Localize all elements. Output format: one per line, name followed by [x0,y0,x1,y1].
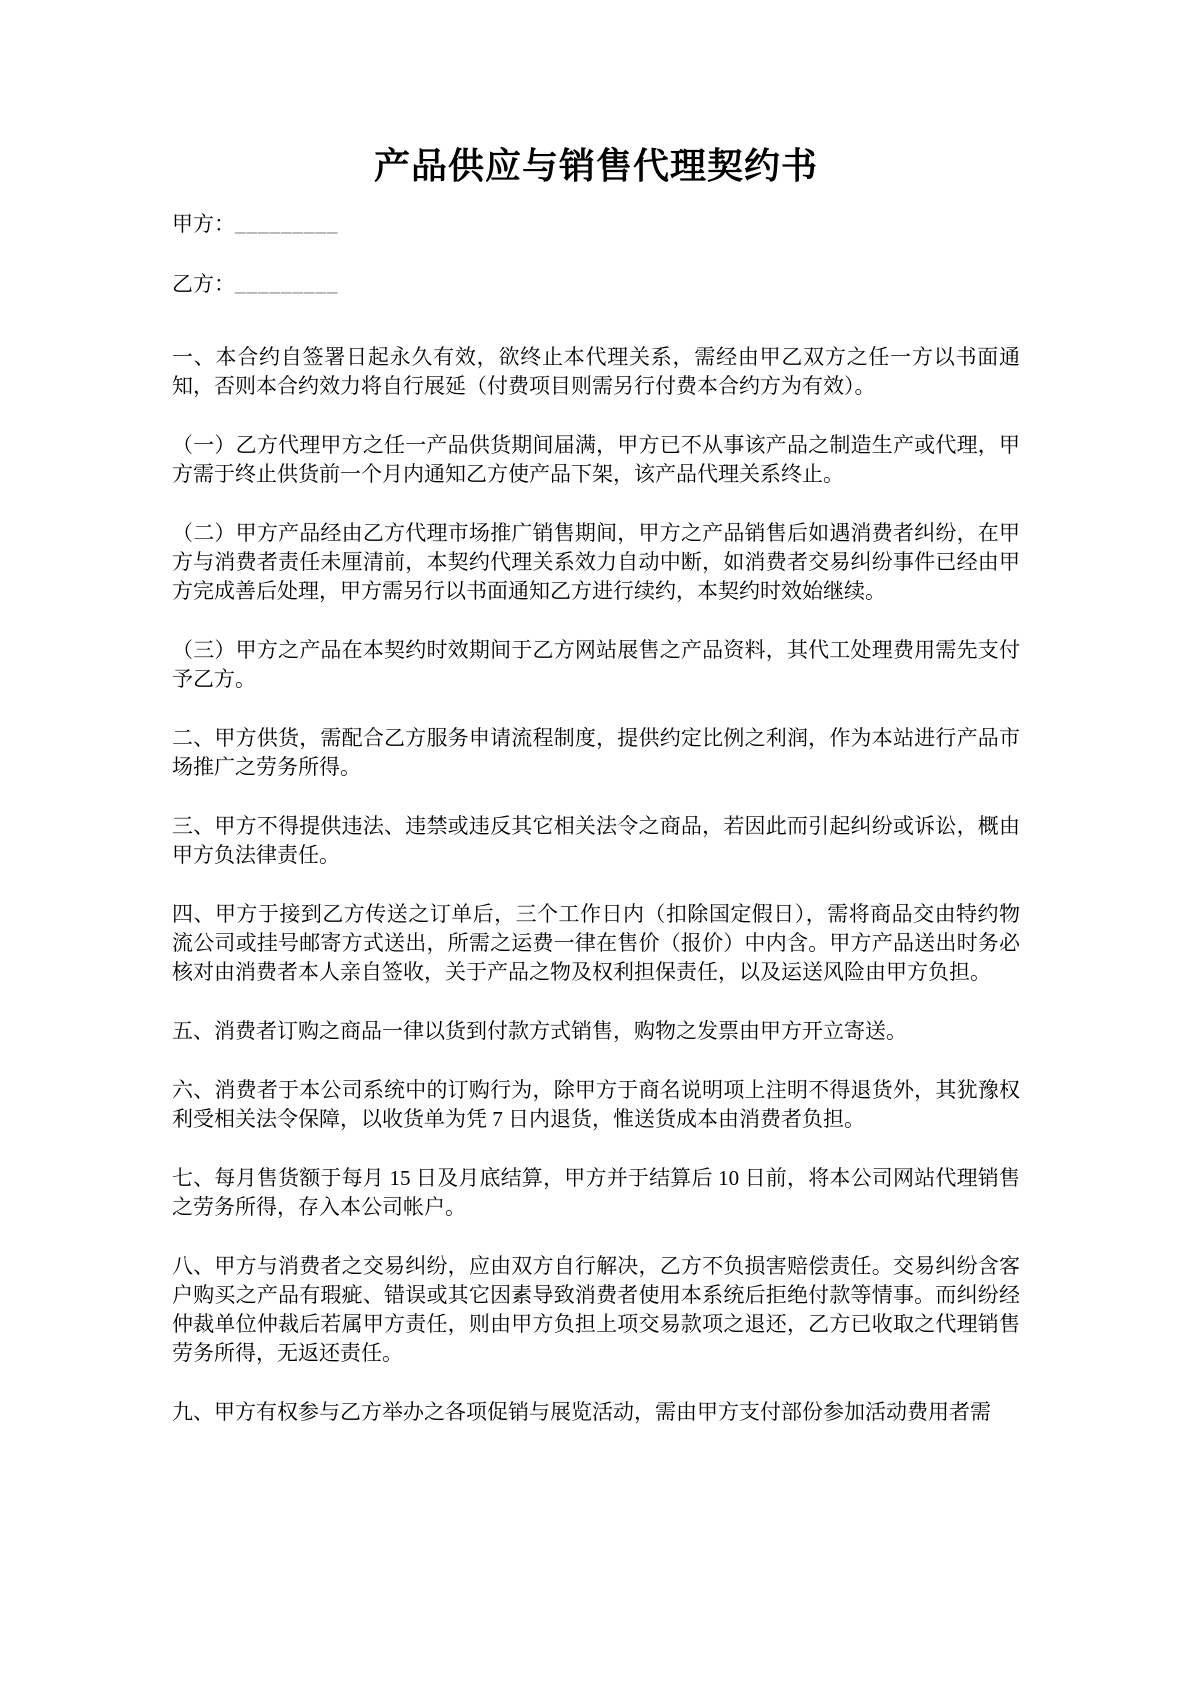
contract-document-page: 产品供应与销售代理契约书 甲方：_________ 乙方：_________ 一… [0,0,1190,1683]
clause-1-s1: （一）乙方代理甲方之任一产品供货期间届满，甲方已不从事该产品之制造生产或代理，甲… [172,431,1020,489]
document-title: 产品供应与销售代理契约书 [172,142,1020,190]
party-b-line: 乙方：_________ [172,270,1020,299]
clause-4: 四、甲方于接到乙方传送之订单后，三个工作日内（扣除国定假日），需将商品交由特约物… [172,900,1020,987]
clause-1-s3: （三）甲方之产品在本契约时效期间于乙方网站展售之产品资料，其代工处理费用需先支付… [172,636,1020,694]
party-b-blank: _________ [235,272,339,296]
clause-8: 八、甲方与消费者之交易纠纷，应由双方自行解决，乙方不负损害赔偿责任。交易纠纷含客… [172,1252,1020,1368]
clause-6: 六、消费者于本公司系统中的订购行为，除甲方于商名说明项上注明不得退货外，其犹豫权… [172,1076,1020,1134]
party-a-blank: _________ [235,212,339,236]
party-b-label: 乙方： [172,272,235,296]
clause-5: 五、消费者订购之商品一律以货到付款方式销售，购物之发票由甲方开立寄送。 [172,1017,1020,1046]
contract-clauses: 一、本合约自签署日起永久有效，欲终止本代理关系，需经由甲乙双方之任一方以书面通知… [172,343,1020,1427]
party-a-line: 甲方：_________ [172,210,1020,239]
clause-1: 一、本合约自签署日起永久有效，欲终止本代理关系，需经由甲乙双方之任一方以书面通知… [172,343,1020,401]
party-a-label: 甲方： [172,212,235,236]
clause-7: 七、每月售货额于每月 15 日及月底结算，甲方并于结算后 10 日前，将本公司网… [172,1164,1020,1222]
clause-2: 二、甲方供货，需配合乙方服务申请流程制度，提供约定比例之利润，作为本站进行产品市… [172,724,1020,782]
clause-1-s2: （二）甲方产品经由乙方代理市场推广销售期间，甲方之产品销售后如遇消费者纠纷，在甲… [172,519,1020,606]
clause-3: 三、甲方不得提供违法、违禁或违反其它相关法令之商品，若因此而引起纠纷或诉讼，概由… [172,812,1020,870]
clause-9: 九、甲方有权参与乙方举办之各项促销与展览活动，需由甲方支付部份参加活动费用者需 [172,1398,1020,1427]
